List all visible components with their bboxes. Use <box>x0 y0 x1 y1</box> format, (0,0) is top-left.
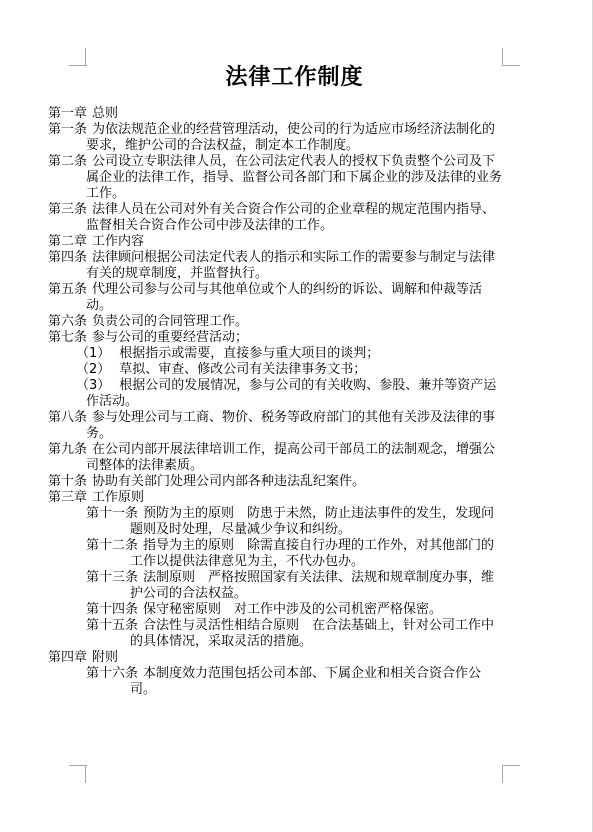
doc-paragraph: 第九条在公司内部开展法律培训工作，提高公司干部员工的法制观念，增强公司整体的法律… <box>86 442 503 474</box>
paragraph-text: 为依法规范企业的经营管理活动，使公司的行为适应市场经济法制化的要求，维护公司的合… <box>86 122 495 153</box>
paragraph-label: 第十条 <box>48 474 87 489</box>
doc-paragraph: 第三章工作原则 <box>86 490 503 506</box>
doc-paragraph: 第二条公司设立专职法律人员，在公司法定代表人的授权下负责整个公司及下属企业的法律… <box>86 154 503 202</box>
crop-mark-top-right-horizontal <box>502 65 520 66</box>
paragraph-label: 第一章 <box>48 106 87 121</box>
doc-paragraph: 第十五条合法性与灵活性相结合原则 在合法基础上，针对公司工作中的具体情况，采取灵… <box>86 618 503 650</box>
doc-paragraph: 第七条参与公司的重要经营活动； <box>86 330 503 346</box>
paragraph-label: 第五条 <box>48 282 87 297</box>
paragraph-label: 第三条 <box>48 202 87 217</box>
doc-paragraph: 第五条代理公司参与公司与其他单位或个人的纠纷的诉讼、调解和仲裁等活动。 <box>86 282 503 314</box>
paragraph-label: 第十三条 <box>86 570 138 585</box>
paragraph-label: 第四条 <box>48 250 87 265</box>
paragraph-label: 第二章 <box>48 234 87 249</box>
crop-mark-top-right-vertical <box>502 48 503 65</box>
doc-paragraph: 第四章附则 <box>86 650 503 666</box>
document-body: 第一章总则 第一条为依法规范企业的经营管理活动，使公司的行为适应市场经济法制化的… <box>86 106 503 698</box>
doc-paragraph: 第八条参与处理公司与工商、物价、税务等政府部门的其他有关涉及法律的事务。 <box>86 410 503 442</box>
doc-paragraph: 第十条协助有关部门处理公司内部各种违法乱纪案件。 <box>86 474 503 490</box>
doc-paragraph: 第十六条本制度效力范围包括公司本部、下属企业和相关合资合作公司。 <box>86 666 503 698</box>
paragraph-text: 指导为主的原则 除需直接自行办理的工作外，对其他部门的工作以提供法律意见为主，不… <box>130 538 494 569</box>
paragraph-text: 根据公司的发展情况，参与公司的有关收购、参股、兼并等资产运作活动。 <box>86 378 496 409</box>
crop-mark-bottom-right-horizontal <box>502 765 520 766</box>
crop-mark-bottom-right-vertical <box>502 765 503 783</box>
paragraph-text: 保守秘密原则 对工作中涉及的公司机密严格保密。 <box>143 602 442 617</box>
paragraph-label: 第三章 <box>48 490 87 505</box>
paragraph-label: （1） <box>76 346 110 361</box>
doc-paragraph: 第四条法律顾问根据公司法定代表人的指示和实际工作的需要参与制定与法律有关的规章制… <box>86 250 503 282</box>
paragraph-text: 工作内容 <box>92 234 144 249</box>
doc-paragraph: （2）草拟、审查、修改公司有关法律事务文书； <box>86 362 503 378</box>
paragraph-label: 第六条 <box>48 314 87 329</box>
doc-paragraph: 第一章总则 <box>86 106 503 122</box>
paragraph-text: 本制度效力范围包括公司本部、下属企业和相关合资合作公司。 <box>130 666 481 697</box>
paragraph-text: 草拟、审查、修改公司有关法律事务文书； <box>119 362 366 377</box>
paragraph-text: 预防为主的原则 防患于未然，防止违法事件的发生，发现问题则及时处理，尽量减少争议… <box>130 506 494 537</box>
paragraph-label: 第二条 <box>48 154 87 169</box>
doc-paragraph: 第十二条指导为主的原则 除需直接自行办理的工作外，对其他部门的工作以提供法律意见… <box>86 538 503 570</box>
crop-mark-bottom-left-horizontal <box>69 765 87 766</box>
doc-paragraph: 第一条为依法规范企业的经营管理活动，使公司的行为适应市场经济法制化的要求，维护公… <box>86 122 503 154</box>
paragraph-label: 第一条 <box>48 122 87 137</box>
doc-paragraph: 第十三条法制原则 严格按照国家有关法律、法规和规章制度办事，维护公司的合法权益。 <box>86 570 503 602</box>
doc-paragraph: 第六条负责公司的合同管理工作。 <box>86 314 503 330</box>
paragraph-label: 第十五条 <box>86 618 138 633</box>
paragraph-label: 第九条 <box>48 442 87 457</box>
paragraph-text: 在公司内部开展法律培训工作，提高公司干部员工的法制观念，增强公司整体的法律素质。 <box>86 442 495 473</box>
paragraph-label: （3） <box>76 378 110 393</box>
paragraph-label: 第十二条 <box>86 538 138 553</box>
doc-paragraph: 第十四条保守秘密原则 对工作中涉及的公司机密严格保密。 <box>86 602 503 618</box>
crop-mark-bottom-left-vertical <box>85 765 86 783</box>
paragraph-text: 负责公司的合同管理工作。 <box>92 314 248 329</box>
doc-paragraph: （3）根据公司的发展情况，参与公司的有关收购、参股、兼并等资产运作活动。 <box>86 378 503 410</box>
crop-mark-top-left-vertical <box>85 48 86 65</box>
paragraph-text: 附则 <box>92 650 118 665</box>
paragraph-text: 根据指示或需要，直接参与重大项目的谈判； <box>119 346 379 361</box>
paragraph-text: 法制原则 严格按照国家有关法律、法规和规章制度办事，维护公司的合法权益。 <box>130 570 494 601</box>
paragraph-text: 法律人员在公司对外有关合资合作公司的企业章程的规定范围内指导、监督相关合资合作公… <box>86 202 495 233</box>
paragraph-label: （2） <box>76 362 110 377</box>
doc-paragraph: 第三条法律人员在公司对外有关合资合作公司的企业章程的规定范围内指导、监督相关合资… <box>86 202 503 234</box>
document-title: 法律工作制度 <box>86 64 503 92</box>
document-page: { "page": { "background": "#ffffff", "cr… <box>0 0 593 832</box>
doc-paragraph: （1）根据指示或需要，直接参与重大项目的谈判； <box>86 346 503 362</box>
doc-paragraph: 第二章工作内容 <box>86 234 503 250</box>
paragraph-text: 代理公司参与公司与其他单位或个人的纠纷的诉讼、调解和仲裁等活动。 <box>86 282 482 313</box>
paragraph-text: 参与处理公司与工商、物价、税务等政府部门的其他有关涉及法律的事务。 <box>86 410 495 441</box>
paragraph-text: 协助有关部门处理公司内部各种违法乱纪案件。 <box>92 474 365 489</box>
paragraph-label: 第四章 <box>48 650 87 665</box>
paragraph-label: 第十六条 <box>86 666 138 681</box>
paragraph-label: 第十一条 <box>86 506 138 521</box>
paragraph-text: 法律顾问根据公司法定代表人的指示和实际工作的需要参与制定与法律有关的规章制度，并… <box>86 250 495 281</box>
paragraph-text: 总则 <box>92 106 118 121</box>
paragraph-label: 第十四条 <box>86 602 138 617</box>
paragraph-text: 公司设立专职法律人员，在公司法定代表人的授权下负责整个公司及下属企业的法律工作，… <box>86 154 502 201</box>
paragraph-text: 合法性与灵活性相结合原则 在合法基础上，针对公司工作中的具体情况，采取灵活的措施… <box>130 618 494 649</box>
doc-paragraph: 第十一条预防为主的原则 防患于未然，防止违法事件的发生，发现问题则及时处理，尽量… <box>86 506 503 538</box>
crop-mark-top-left-horizontal <box>69 65 87 66</box>
paragraph-label: 第七条 <box>48 330 87 345</box>
paragraph-text: 参与公司的重要经营活动； <box>92 330 248 345</box>
paragraph-label: 第八条 <box>48 410 87 425</box>
paragraph-text: 工作原则 <box>92 490 144 505</box>
